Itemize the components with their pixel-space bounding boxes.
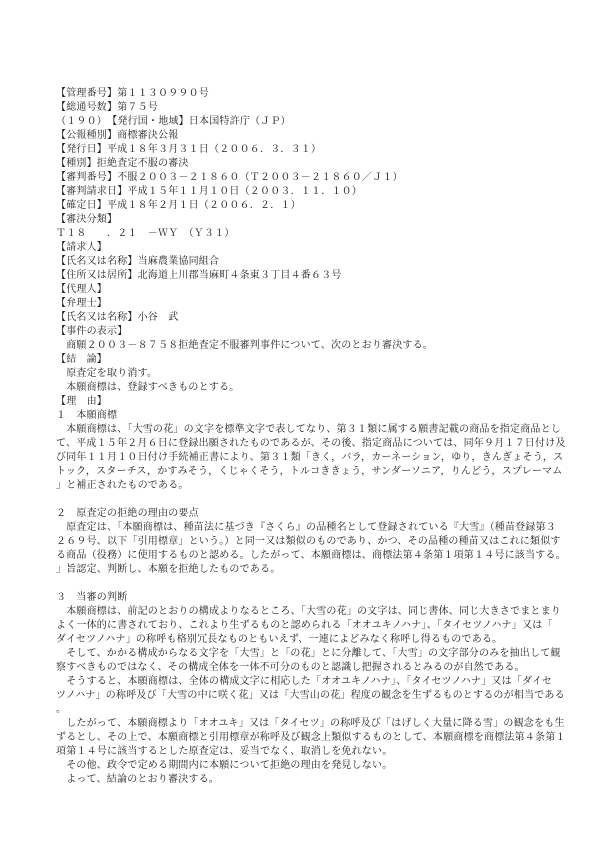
front-matter-line: 【理 由】: [56, 395, 552, 409]
document-body: 【管理番号】第１１３０９９０号【総通号数】第７５号（１９０） 【発行国・地域】日…: [56, 87, 552, 787]
front-matter-line: 【種別】拒絶査定不服の審決: [56, 157, 552, 171]
section-text-line: 項第１４号に該当するとした原査定は、妥当でなく、取消しを免れない。: [56, 745, 552, 759]
front-matter-line: 【審決分類】: [56, 213, 552, 227]
section-text-line: そうすると、本願商標は、全体の構成文字に相応した「オオユキノハナ」、「タイセツノ…: [56, 675, 552, 689]
section-text-line: そして、かかる構成からなる文字を「大雪」と「の花」とに分離して、「大雪」の文字部…: [56, 647, 552, 661]
front-matter-line: 【公報種別】商標審決公報: [56, 129, 552, 143]
blank-line: [56, 577, 552, 591]
front-matter-line: 【氏名又は名称】小谷 武: [56, 311, 552, 325]
front-matter-line: 【事件の表示】: [56, 325, 552, 339]
section-text-line: よって、結論のとおり審決する。: [56, 773, 552, 787]
section-text-line: 」と補正されたものである。: [56, 479, 552, 493]
front-matter-line: 【管理番号】第１１３０９９０号: [56, 87, 552, 101]
front-matter-line: Ｔ１８ ．２１ －ＷＹ （Ｙ３１）: [56, 227, 552, 241]
front-matter-line: 【確定日】平成１８年２月１日（２００６．２．１）: [56, 199, 552, 213]
section-text-line: る商品（役務）に使用するものと認める。したがって、本願商標は、商標法第４条第１項…: [56, 549, 552, 563]
front-matter-line: 本願商標は、登録すべきものとする。: [56, 381, 552, 395]
section-heading: １ 本願商標: [56, 409, 552, 423]
section-text-line: その他、政令で定める期間内に本願について拒絶の理由を発見しない。: [56, 759, 552, 773]
section-text-line: 本願商標は、前記のとおりの構成よりなるところ、「大雪の花」の文字は、同じ書体、同…: [56, 605, 552, 619]
section-text-line: ずるとし、その上で、本願商標と引用標章が称呼及び観念上類似するものとして、本願商…: [56, 731, 552, 745]
front-matter-line: 【発行日】平成１８年３月３１日（２００６．３．３１）: [56, 143, 552, 157]
blank-line: [56, 493, 552, 507]
section-text-line: て、平成１５年２月６日に登録出願されたものであるが、その後、指定商品については、…: [56, 437, 552, 451]
section-text-line: ツノハナ」の称呼及び「大雪の中に咲く花」又は「大雪山の花」程度の観念を生ずるもの…: [56, 689, 552, 703]
section-text-line: び同年１１月１０日付け手続補正書により、第３１類「きく，バラ，カーネーション，ゆ…: [56, 451, 552, 465]
front-matter-line: 【代理人】: [56, 283, 552, 297]
section-text-line: トック，スターチス，かすみそう，くじゃくそう，トルコききょう，サンダーソニア，り…: [56, 465, 552, 479]
front-matter-line: 【結 論】: [56, 353, 552, 367]
section-text-line: よく一体的に書されており、これより生ずるものと認められる「オオユキノハナ」、「タ…: [56, 619, 552, 633]
front-matter-line: 【総通号数】第７５号: [56, 101, 552, 115]
front-matter-line: 【弁理士】: [56, 297, 552, 311]
section-text-line: 原査定は、「本願商標は、種苗法に基づき『さくら』の品種名として登録されている『大…: [56, 521, 552, 535]
section-text-line: 本願商標は、「大雪の花」の文字を標準文字で表してなり、第３１類に属する願書記載の…: [56, 423, 552, 437]
section-text-line: 。: [56, 703, 552, 717]
section-text-line: ２６９号、以下「引用標章」という。）と同一又は類似のものであり、かつ、その品種の…: [56, 535, 552, 549]
section-text-line: したがって、本願商標より「オオユキ」又は「タイセツ」の称呼及び「はげしく大量に降…: [56, 717, 552, 731]
front-matter-line: （１９０） 【発行国・地域】日本国特許庁（ＪＰ）: [56, 115, 552, 129]
front-matter-line: 【住所又は居所】北海道上川郡当麻町４条東３丁目４番６３号: [56, 269, 552, 283]
front-matter-line: 【請求人】: [56, 241, 552, 255]
section-heading: ３ 当審の判断: [56, 591, 552, 605]
front-matter-line: 商願２００３－８７５８拒絶査定不服審判事件について、次のとおり審決する。: [56, 339, 552, 353]
section-text-line: 」旨認定、判断し、本願を拒絶したものである。: [56, 563, 552, 577]
section-text-line: 察すべきものではなく、その構成全体を一体不可分のものと認識し把握されるとみるのが…: [56, 661, 552, 675]
front-matter-line: 【氏名又は名称】当麻農業協同組合: [56, 255, 552, 269]
front-matter-line: 【審判番号】不服２００３－２１８６０（Ｔ２００３－２１８６０／Ｊ１）: [56, 171, 552, 185]
front-matter-line: 原査定を取り消す。: [56, 367, 552, 381]
gazette-page: 【管理番号】第１１３０９９０号【総通号数】第７５号（１９０） 【発行国・地域】日…: [0, 0, 600, 849]
front-matter-line: 【審判請求日】平成１５年１１月１０日（２００３．１１．１０）: [56, 185, 552, 199]
section-heading: ２ 原査定の拒絶の理由の要点: [56, 507, 552, 521]
section-text-line: ダイセツノハナ」の称呼も格別冗長なものともいえず、一連によどみなく称呼し得るもの…: [56, 633, 552, 647]
